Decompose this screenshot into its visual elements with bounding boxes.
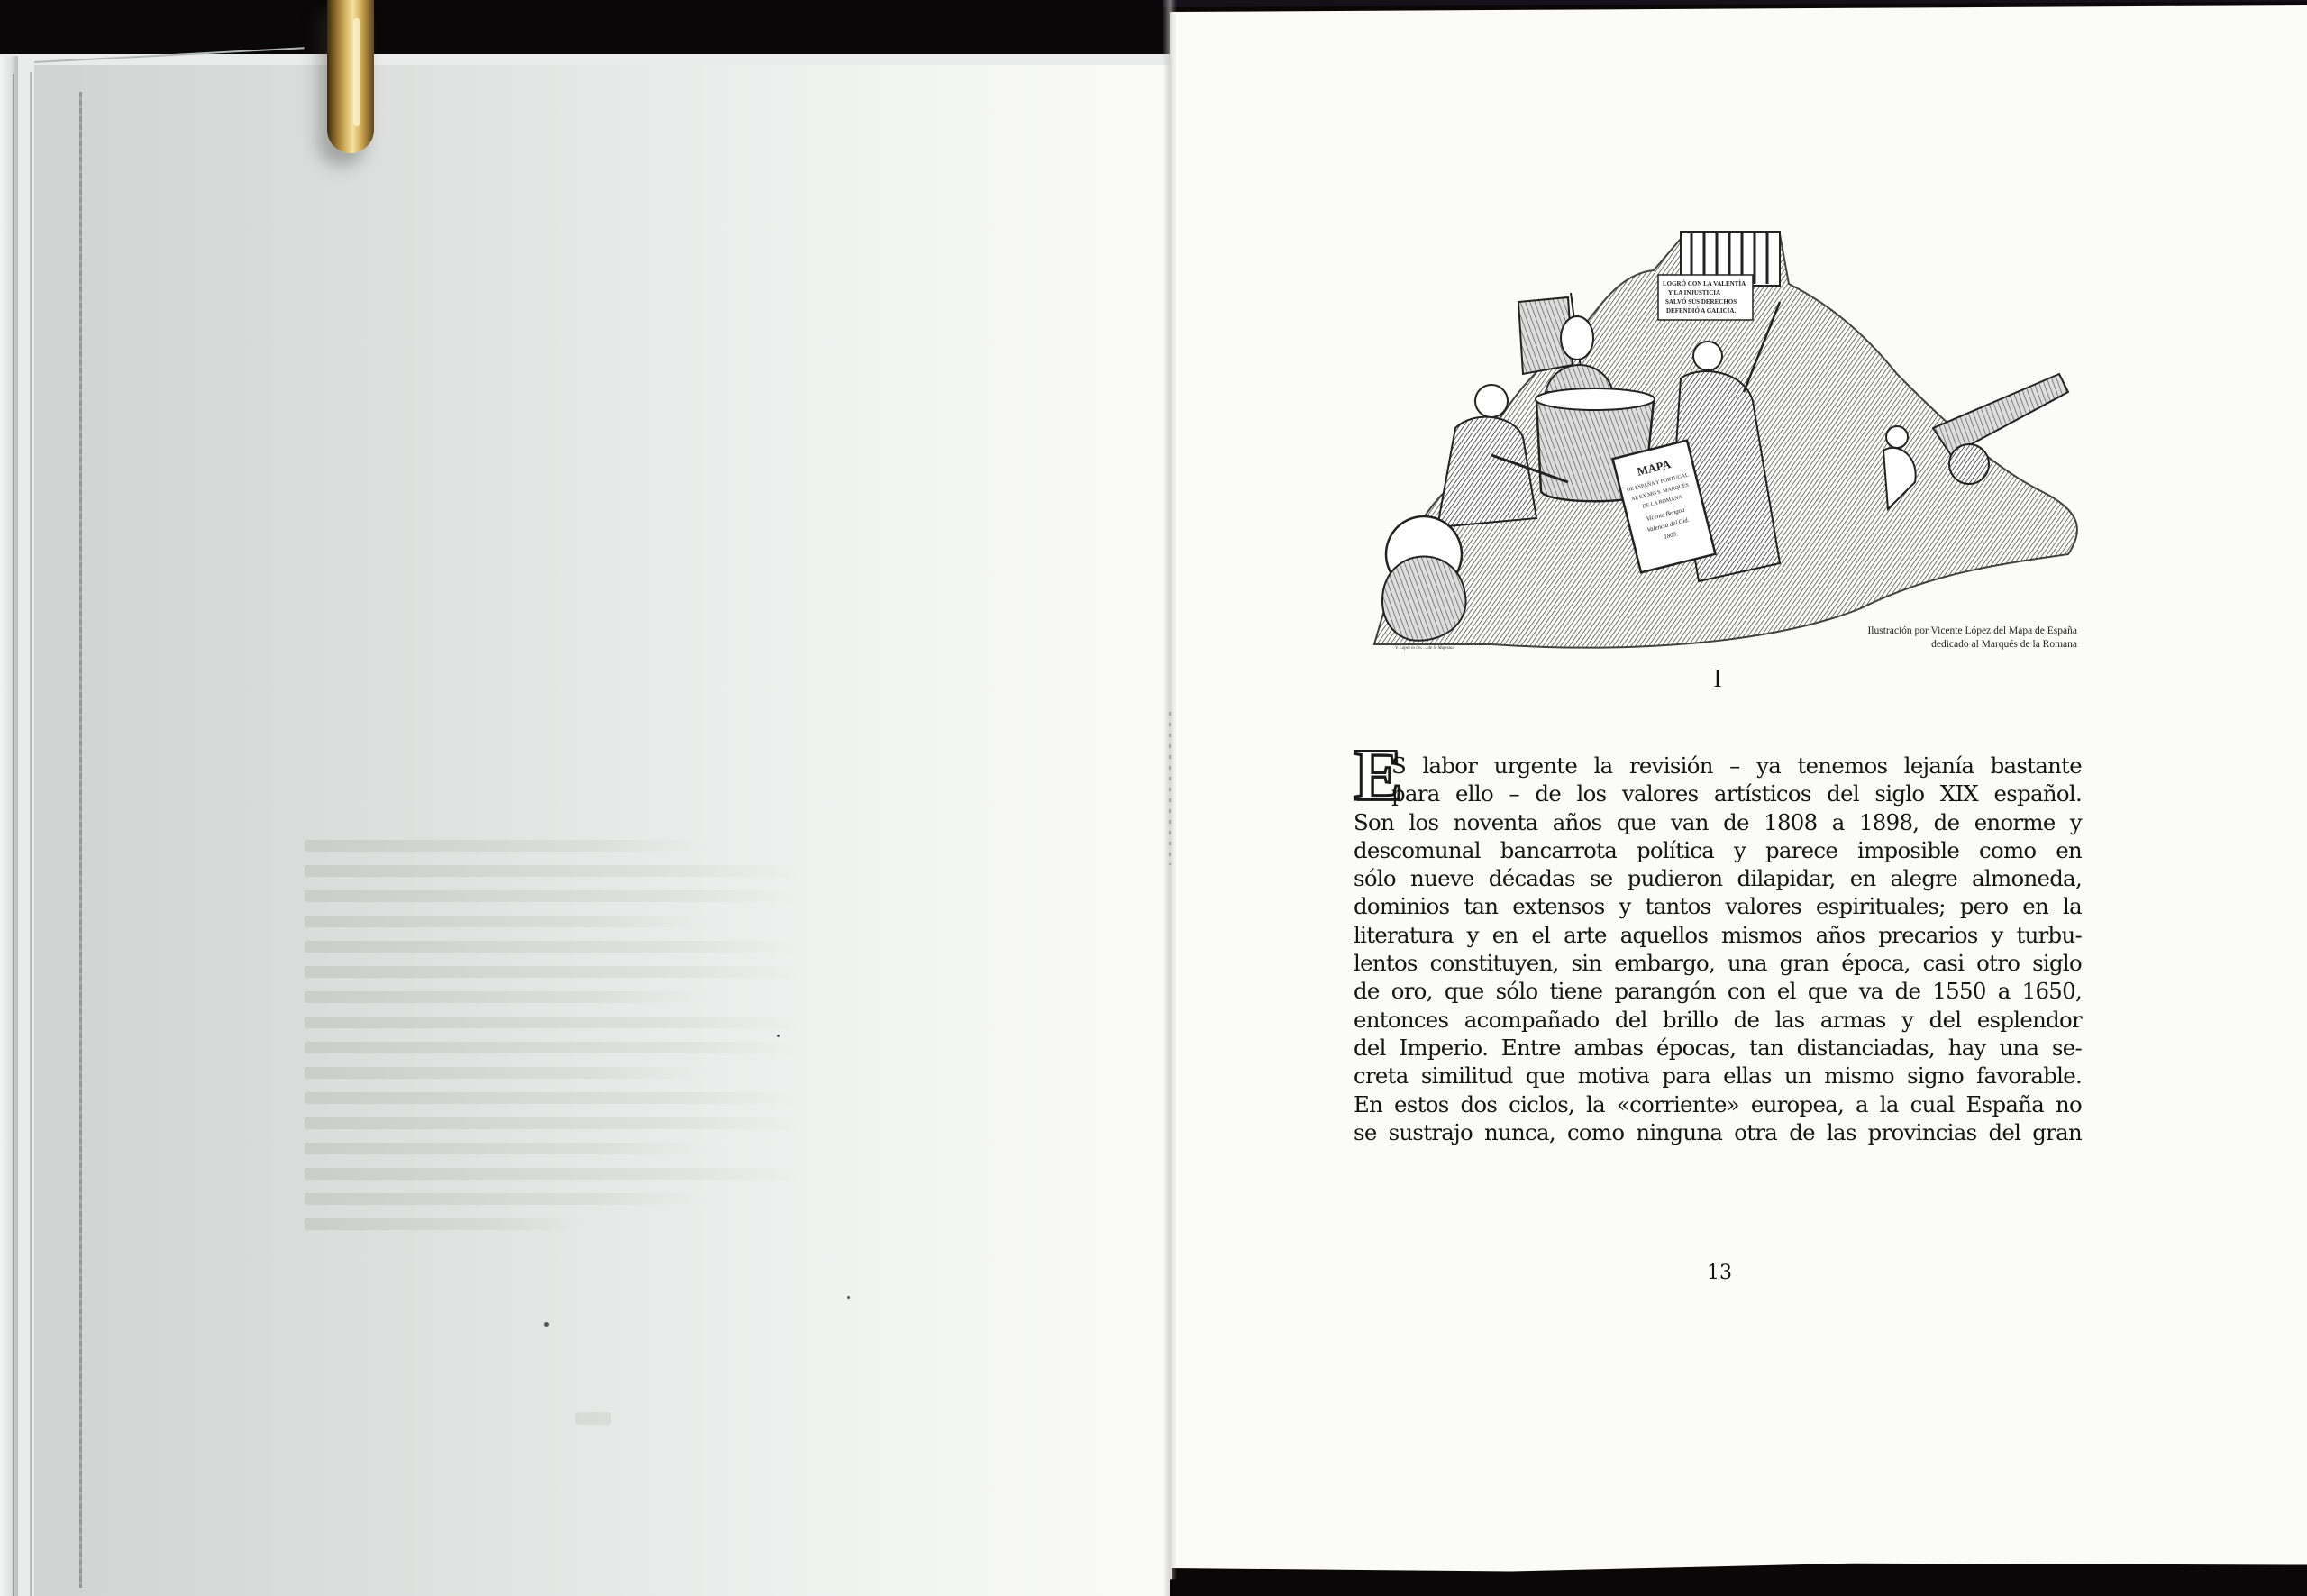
paper-speck — [777, 1035, 780, 1037]
ghost-text-line — [305, 1193, 708, 1205]
text-line: En estos dos ciclos, la «corriente» euro… — [1354, 1090, 2082, 1118]
clip-highlight — [353, 18, 360, 126]
ghost-text-line — [305, 916, 708, 927]
svg-text:SALVÓ SUS DERECHOS: SALVÓ SUS DERECHOS — [1665, 298, 1737, 306]
ghost-text-line — [305, 941, 809, 953]
ghost-text-line — [305, 1017, 809, 1028]
text-line: se sustrajo nunca, como ninguna otra de … — [1354, 1118, 2082, 1146]
left-page-edges — [0, 56, 18, 1596]
chapter-number: I — [1709, 665, 1727, 694]
engraver-credit: V. López lo inv. ... de S. Majestad — [1395, 646, 1454, 651]
text-line: lentos constituyen, sin embargo, una gra… — [1354, 949, 2082, 977]
left-page — [34, 65, 1172, 1596]
ghost-text-line — [305, 1067, 708, 1079]
text-line: dominios tan extensos y tantos valores e… — [1354, 892, 2082, 920]
ghost-text-line — [305, 840, 708, 852]
text-line: descomunal bancarrota política y parece … — [1354, 836, 2082, 864]
ghost-text-line — [305, 991, 708, 1003]
text-line: S labor urgente la revisión – ya tenemos… — [1354, 752, 2082, 780]
svg-text:Y LA INJUSTICIA: Y LA INJUSTICIA — [1668, 289, 1720, 296]
svg-text:DEFENDIÓ A GALICIA.: DEFENDIÓ A GALICIA. — [1666, 307, 1736, 315]
text-line: literatura y en el arte aquellos mismos … — [1354, 921, 2082, 949]
text-line: creta similitud que motiva para ellas un… — [1354, 1062, 2082, 1090]
text-line: Son los noventa años que van de 1808 a 1… — [1354, 808, 2082, 836]
illustration-caption: Ilustración por Vicente López del Mapa d… — [1793, 625, 2077, 652]
engraving-illustration: LOGRÓ CON LA VALENTÍA Y LA INJUSTICIA SA… — [1356, 221, 2095, 662]
ghost-text-line — [305, 1042, 809, 1053]
book-spread: LOGRÓ CON LA VALENTÍA Y LA INJUSTICIA SA… — [0, 0, 2307, 1596]
ghost-text-line — [305, 890, 809, 902]
ghost-text-line — [305, 1143, 708, 1154]
gutter-line — [1169, 712, 1171, 865]
ghost-page-number — [575, 1412, 611, 1425]
background-edge — [1170, 1568, 2307, 1596]
ghost-text-line — [305, 1117, 809, 1129]
ghost-text-line — [305, 865, 809, 877]
ghost-text-line — [305, 966, 809, 978]
text-line: sólo nueve décadas se pudieron dilapidar… — [1354, 864, 2082, 892]
body-paragraph: S labor urgente la revisión – ya tenemos… — [1354, 752, 2082, 1146]
ghost-text-line — [305, 1092, 809, 1104]
text-line: entonces acompañado del brillo de las ar… — [1354, 1006, 2082, 1034]
ghost-text-line — [305, 1168, 809, 1180]
page-number: 13 — [1694, 1262, 1745, 1284]
text-line: del Imperio. Entre ambas épocas, tan dis… — [1354, 1034, 2082, 1062]
deckle-edge — [30, 72, 32, 1596]
svg-text:LOGRÓ CON LA VALENTÍA: LOGRÓ CON LA VALENTÍA — [1663, 280, 1746, 287]
ghost-text-line — [305, 1218, 582, 1230]
engraving-icon: LOGRÓ CON LA VALENTÍA Y LA INJUSTICIA SA… — [1356, 221, 2095, 662]
paper-speck — [544, 1322, 549, 1327]
paper-speck — [847, 1296, 850, 1299]
gold-binder-clip — [327, 0, 374, 153]
show-through-text — [305, 840, 809, 1244]
text-line: de oro, que sólo tiene parangón con el q… — [1354, 977, 2082, 1005]
caption-line-1: Ilustración por Vicente López del Mapa d… — [1793, 625, 2077, 638]
background-edge — [1163, 0, 2307, 7]
text-line: para ello – de los valores artísticos de… — [1354, 780, 2082, 807]
deckle-edge — [13, 74, 14, 1596]
caption-line-2: dedicado al Marqués de la Romana — [1793, 638, 2077, 652]
